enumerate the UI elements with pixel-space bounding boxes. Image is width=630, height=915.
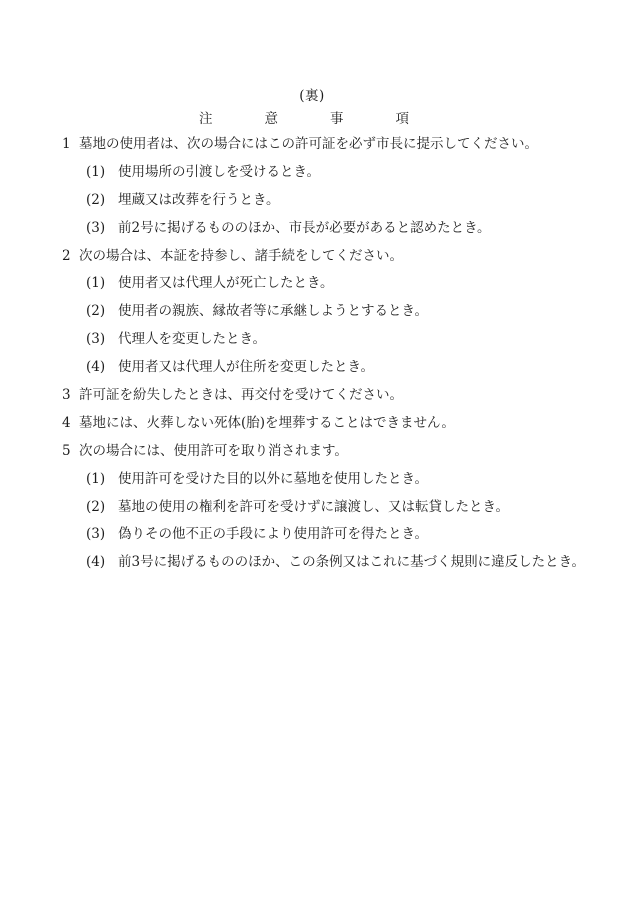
notice-item-1-sub-3: (3) 前2号に掲げるもののほか、市長が必要があると認めたとき。 [0,220,630,248]
page-side-label: (裏) [0,84,627,104]
notice-item-5-sub-2: (2) 墓地の使用の権利を許可を受けずに譲渡し、又は転貸したとき。 [0,499,630,527]
notice-title-char: 意 [265,107,279,127]
sub-item-number: (3) [86,526,105,542]
item-number: 4 [62,415,71,431]
notice-list: 1 墓地の使用者は、次の場合にはこの許可証を必ず市長に提示してください。 (1)… [0,136,630,582]
item-text: 次の場合は、本証を持参し、諸手続をしてください。 [79,248,403,264]
sub-item-number: (1) [86,275,105,291]
sub-item-number: (1) [86,164,105,180]
item-number: 5 [62,443,71,459]
sub-item-text: 前2号に掲げるもののほか、市長が必要があると認めたとき。 [118,220,491,236]
notice-title: 注 意 事 項 [0,107,619,127]
sub-item-number: (3) [86,331,105,347]
sub-item-text: 使用者又は代理人が住所を変更したとき。 [118,359,374,375]
notice-item-1-sub-2: (2) 埋蔵又は改葬を行うとき。 [0,192,630,220]
notice-item-5-sub-3: (3) 偽りその他不正の手段により使用許可を得たとき。 [0,526,630,554]
item-text: 墓地の使用者は、次の場合にはこの許可証を必ず市長に提示してください。 [79,136,538,152]
notice-item-2-sub-3: (3) 代理人を変更したとき。 [0,331,630,359]
sub-item-text: 墓地の使用の権利を許可を受けずに譲渡し、又は転貸したとき。 [118,499,509,515]
sub-item-text: 埋蔵又は改葬を行うとき。 [118,192,279,208]
notice-item-5: 5 次の場合には、使用許可を取り消されます。 [0,443,630,471]
item-number: 1 [62,136,71,152]
sub-item-text: 使用場所の引渡しを受けるとき。 [118,164,320,180]
sub-item-text: 前3号に掲げるもののほか、この条例又はこれに基づく規則に違反したとき。 [118,554,585,570]
sub-item-number: (2) [86,303,105,319]
notice-item-2-sub-2: (2) 使用者の親族、縁故者等に承継しようとするとき。 [0,303,630,331]
notice-item-4: 4 墓地には、火葬しない死体(胎)を埋葬することはできません。 [0,415,630,443]
notice-item-2: 2 次の場合は、本証を持参し、諸手続をしてください。 [0,248,630,276]
notice-item-5-sub-4: (4) 前3号に掲げるもののほか、この条例又はこれに基づく規則に違反したとき。 [0,554,630,582]
sub-item-text: 代理人を変更したとき。 [118,331,266,347]
item-number: 3 [62,387,71,403]
item-text: 許可証を紛失したときは、再交付を受けてください。 [79,387,403,403]
sub-item-number: (4) [86,554,105,570]
sub-item-number: (1) [86,471,105,487]
notice-item-2-sub-1: (1) 使用者又は代理人が死亡したとき。 [0,275,630,303]
notice-item-5-sub-1: (1) 使用許可を受けた目的以外に墓地を使用したとき。 [0,471,630,499]
notice-item-1-sub-1: (1) 使用場所の引渡しを受けるとき。 [0,164,630,192]
sub-item-text: 使用者の親族、縁故者等に承継しようとするとき。 [118,303,428,319]
notice-title-char: 項 [396,107,410,127]
sub-item-text: 使用者又は代理人が死亡したとき。 [118,275,333,291]
sub-item-text: 使用許可を受けた目的以外に墓地を使用したとき。 [118,471,428,487]
sub-item-number: (2) [86,499,105,515]
sub-item-number: (4) [86,359,105,375]
notice-title-char: 事 [330,107,344,127]
sub-item-text: 偽りその他不正の手段により使用許可を得たとき。 [118,526,428,542]
notice-item-2-sub-4: (4) 使用者又は代理人が住所を変更したとき。 [0,359,630,387]
permit-back-page: (裏) 注 意 事 項 1 墓地の使用者は、次の場合にはこの許可証を必ず市長に提… [0,0,630,915]
sub-item-number: (3) [86,220,105,236]
item-text: 墓地には、火葬しない死体(胎)を埋葬することはできません。 [79,415,455,431]
notice-item-3: 3 許可証を紛失したときは、再交付を受けてください。 [0,387,630,415]
item-text: 次の場合には、使用許可を取り消されます。 [79,443,348,459]
notice-item-1: 1 墓地の使用者は、次の場合にはこの許可証を必ず市長に提示してください。 [0,136,630,164]
sub-item-number: (2) [86,192,105,208]
item-number: 2 [62,248,71,264]
notice-title-char: 注 [199,107,213,127]
